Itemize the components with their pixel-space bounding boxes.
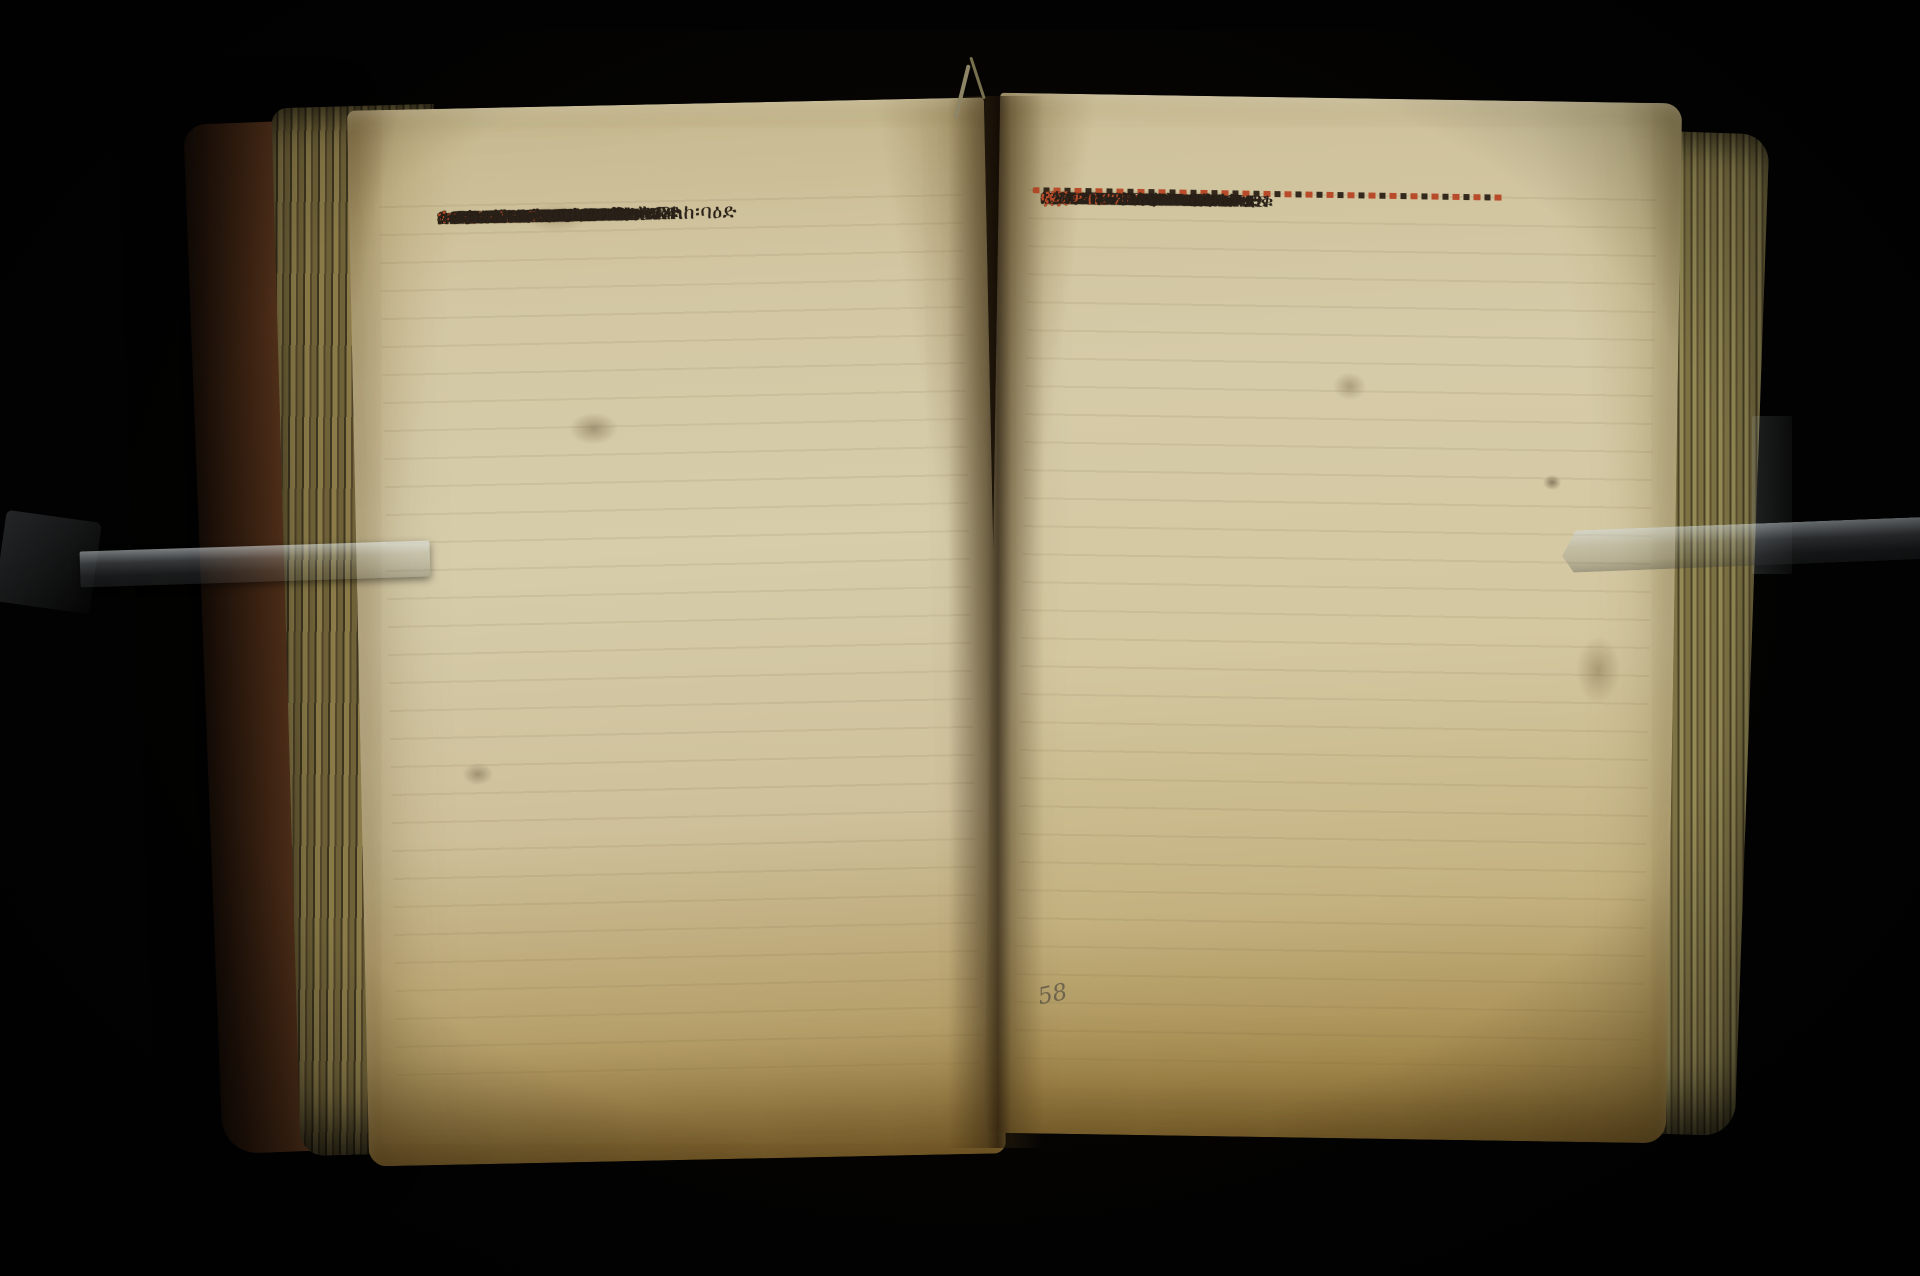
parchment-stain [1325,366,1374,407]
right-page-text: እምአሕሰርክዎሙ፡ለከ፡ሎሙ፡ጸላእቶሙወእምወደይኩ፡እዴየ፡ዲበ፡እለ፡ይ… [1041,183,1531,191]
parchment-stain [456,758,501,791]
manuscript-line: ወእስራኤልኒ፡ሶበ፡ሖሩ፡በፍኖትየ [437,203,438,232]
photo-scene: መዝሙር፡ሐዋዝ፡ዘመስለ፡መሰንቆ፨ንፍሑ፡ቀርነ፡በዕለተ፡ሠርቅ፨በእምር… [0,0,1920,1276]
ink-stain [558,405,629,452]
right-page: እምአሕሰርክዎሙ፡ለከ፡ሎሙ፡ጸላእቶሙወእምወደይኩ፡እዴየ፡ዲበ፡እለ፡ይ… [984,93,1682,1144]
text-segment: ኢታርምም፡ወኢትጸመም፡እግዚኦ [1040,183,1267,215]
left-page: መዝሙር፡ሐዋዝ፡ዘመስለ፡መሰንቆ፨ንፍሑ፡ቀርነ፡በዕለተ፡ሠርቅ፨በእምር… [347,97,1006,1166]
ink-spot [1539,471,1565,493]
parchment-stain [1565,622,1631,719]
pencil-folio-number: 58 [1036,979,1070,1010]
text-segment: ወእስራኤልኒ፡ሶበ፡ሖሩ፡በፍኖትየ [437,198,661,232]
rubric-segment: ፨ [1040,183,1054,211]
left-page-text: መዝሙር፡ሐዋዝ፡ዘመስለ፡መሰንቆ፨ንፍሑ፡ቀርነ፡በዕለተ፡ሠርቅ፨በእምር… [437,193,915,203]
